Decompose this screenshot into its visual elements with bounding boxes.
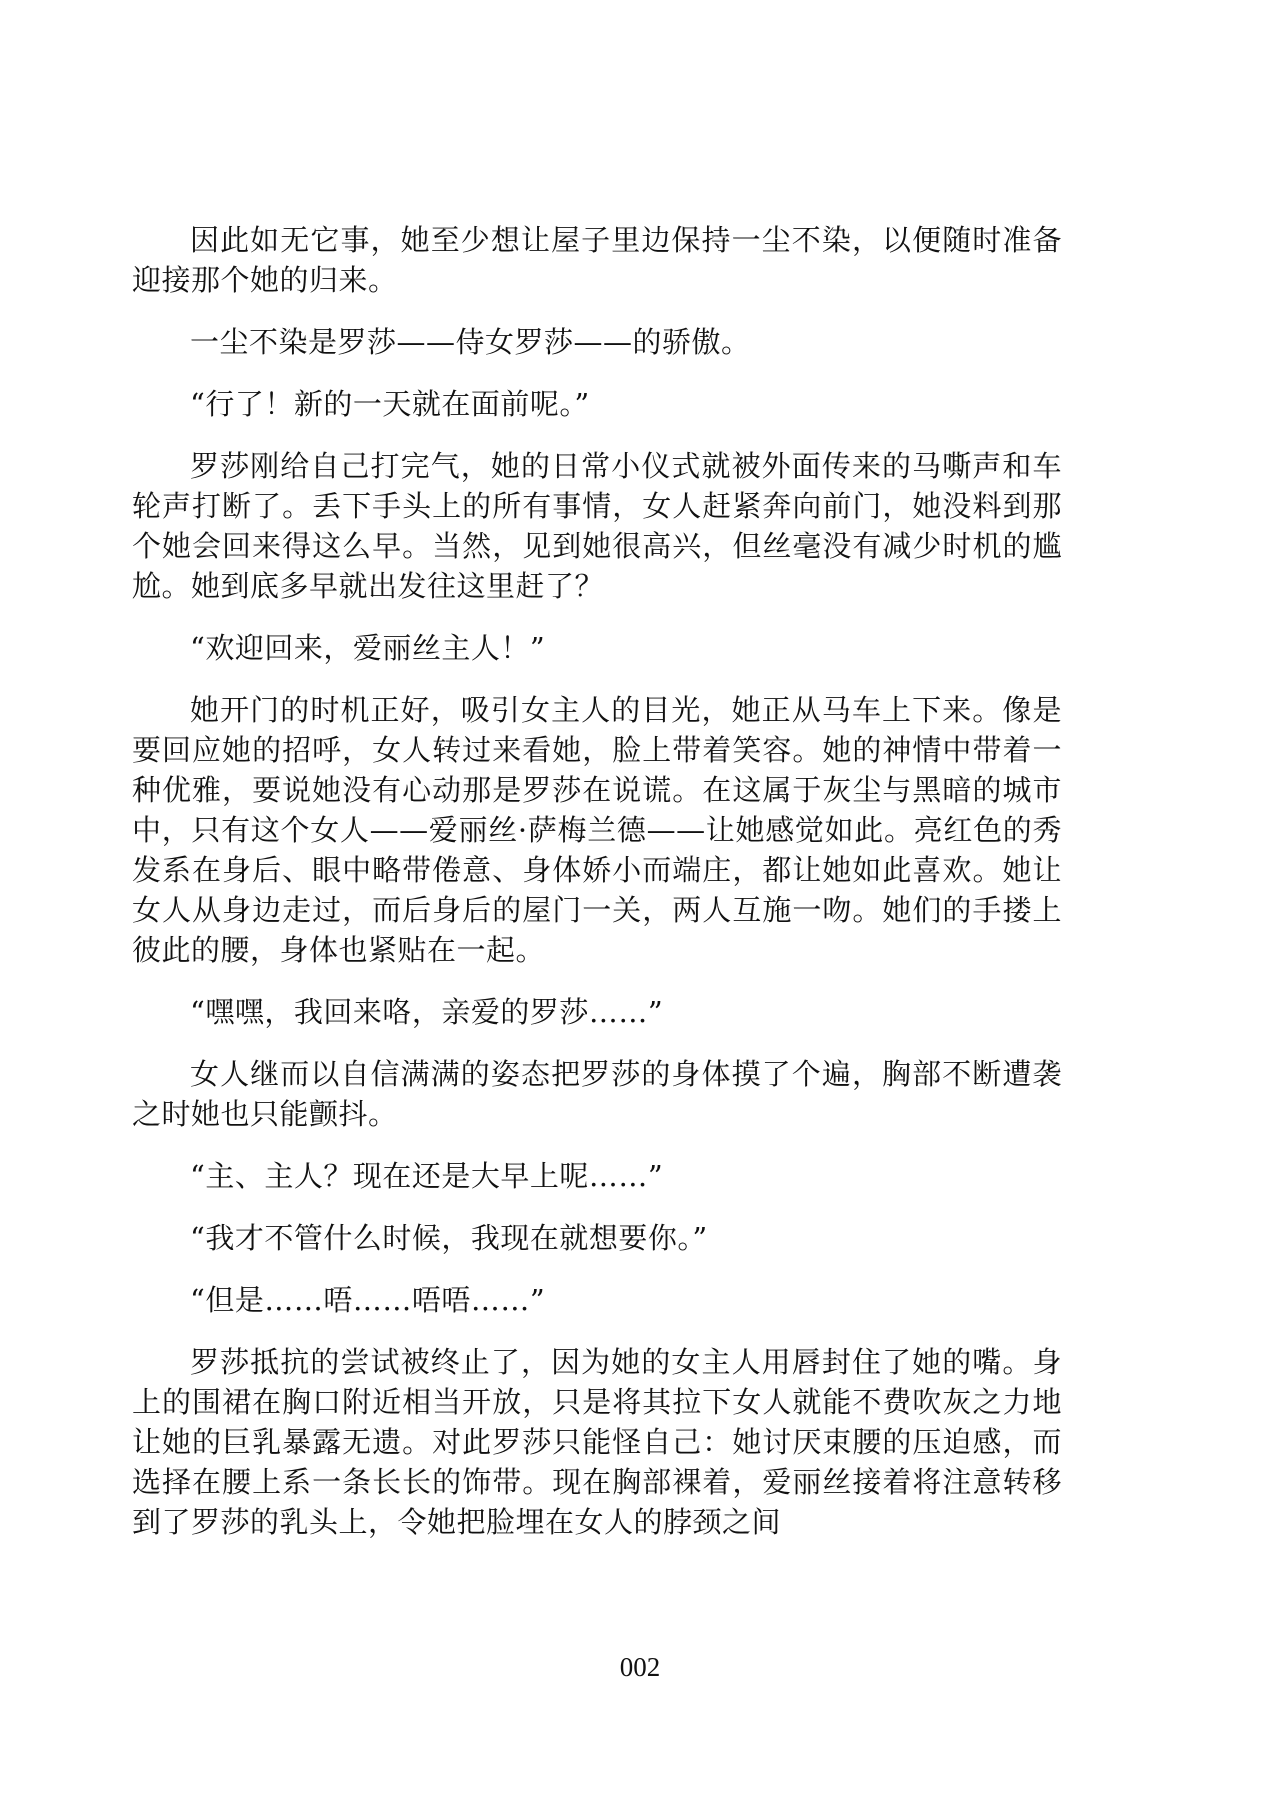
dialogue-paragraph: “但是……唔……唔唔……” [132,1280,1062,1320]
dialogue-paragraph: “嘿嘿，我回来咯，亲爱的罗莎……” [132,992,1062,1032]
paragraph: 罗莎刚给自己打完气，她的日常小仪式就被外面传来的马嘶声和车轮声打断了。丢下手头上… [132,446,1062,606]
paragraph: 因此如无它事，她至少想让屋子里边保持一尘不染，以便随时准备迎接那个她的归来。 [132,220,1062,300]
page-number: 002 [0,1652,1280,1683]
dialogue-paragraph: “我才不管什么时候，我现在就想要你。” [132,1218,1062,1258]
dialogue-paragraph: “主、主人？现在还是大早上呢……” [132,1156,1062,1196]
body-text: 因此如无它事，她至少想让屋子里边保持一尘不染，以便随时准备迎接那个她的归来。 一… [132,220,1062,1564]
paragraph: 罗莎抵抗的尝试被终止了，因为她的女主人用唇封住了她的嘴。身上的围裙在胸口附近相当… [132,1342,1062,1542]
dialogue-paragraph: “欢迎回来，爱丽丝主人！” [132,628,1062,668]
dialogue-paragraph: “行了！新的一天就在面前呢。” [132,384,1062,424]
document-page: 因此如无它事，她至少想让屋子里边保持一尘不染，以便随时准备迎接那个她的归来。 一… [0,0,1280,1816]
paragraph: 女人继而以自信满满的姿态把罗莎的身体摸了个遍，胸部不断遭袭之时她也只能颤抖。 [132,1054,1062,1134]
paragraph: 一尘不染是罗莎——侍女罗莎——的骄傲。 [132,322,1062,362]
paragraph: 她开门的时机正好，吸引女主人的目光，她正从马车上下来。像是要回应她的招呼，女人转… [132,690,1062,970]
